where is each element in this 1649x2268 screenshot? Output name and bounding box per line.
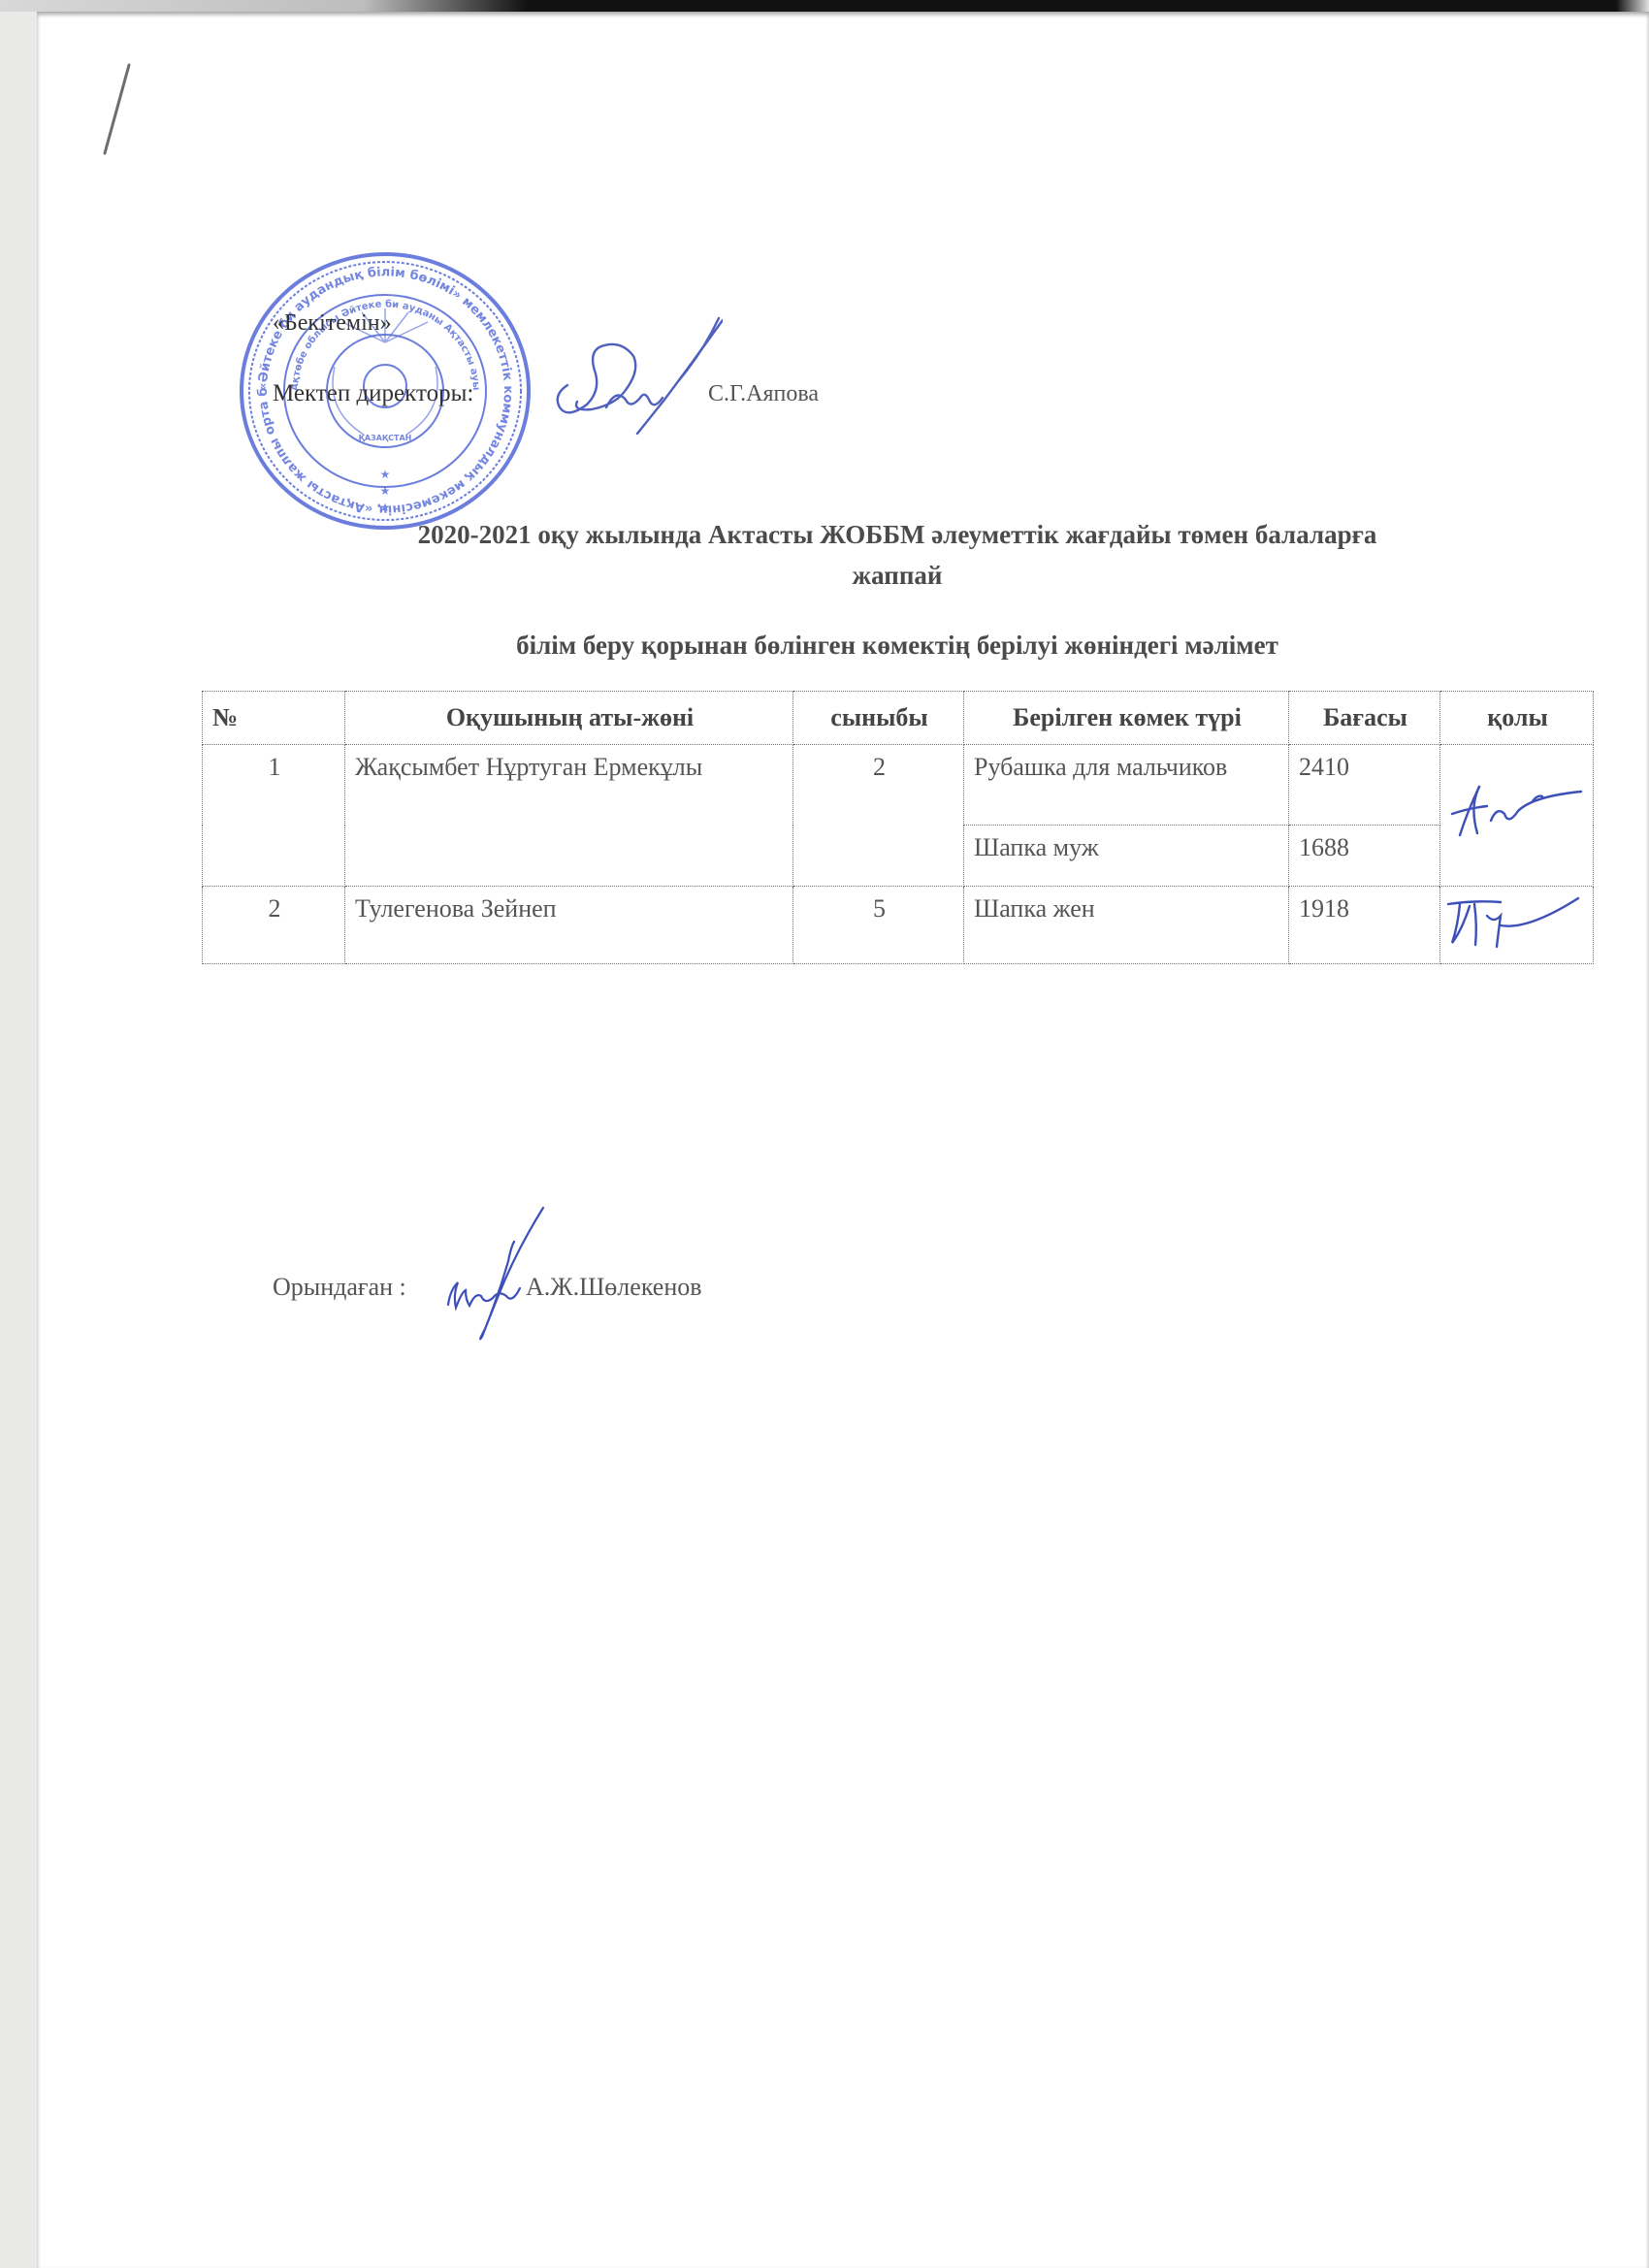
row-student-name: Тулегенова Зейнеп xyxy=(345,887,793,964)
document-title-line2: жаппай xyxy=(194,561,1600,591)
approval-label: «Бекітемін» xyxy=(273,310,392,337)
row-price: 1688 xyxy=(1289,826,1440,887)
row-signature xyxy=(1440,745,1594,887)
row-grade: 5 xyxy=(793,887,964,964)
header-student-name: Оқушының аты-жөні xyxy=(345,692,793,745)
table-row: 1 Жақсымбет Нұртуган Ермекұлы 2 Рубашка … xyxy=(203,745,1594,826)
row-aid-type: Шапка жен xyxy=(964,887,1289,964)
row-price: 2410 xyxy=(1289,745,1440,826)
row-grade: 2 xyxy=(793,745,964,887)
director-position: Мектеп директоры: xyxy=(273,380,473,407)
header-price: Бағасы xyxy=(1289,692,1440,745)
director-name: С.Г.Аяпова xyxy=(708,381,819,407)
row-aid-type: Рубашка для мальчиков xyxy=(964,745,1289,826)
document-title-line1: 2020-2021 оқу жылында Актасты ЖОББМ әлеу… xyxy=(194,520,1600,550)
row-num: 2 xyxy=(203,887,345,964)
scanner-edge xyxy=(0,0,1649,12)
row-aid-type: Шапка муж xyxy=(964,826,1289,887)
aid-distribution-table: № Оқушының аты-жөні сыныбы Берілген көме… xyxy=(202,691,1594,964)
header-aid-type: Берілген көмек түрі xyxy=(964,692,1289,745)
performer-name: А.Ж.Шөлекенов xyxy=(526,1273,702,1302)
student-signature-icon xyxy=(1440,767,1586,855)
document-page xyxy=(37,12,1649,2268)
table-header-row: № Оқушының аты-жөні сыныбы Берілген көме… xyxy=(203,692,1594,745)
row-num: 1 xyxy=(203,745,345,887)
row-price: 1918 xyxy=(1289,887,1440,964)
header-num: № xyxy=(203,692,345,745)
header-signature: қолы xyxy=(1440,692,1594,745)
performer-label: Орындаған : xyxy=(273,1273,406,1302)
row-signature xyxy=(1440,887,1594,964)
header-grade: сыныбы xyxy=(793,692,964,745)
student-signature-icon xyxy=(1440,887,1586,955)
document-title-line3: білім беру қорынан бөлінген көмектің бер… xyxy=(194,631,1600,661)
row-student-name: Жақсымбет Нұртуган Ермекұлы xyxy=(345,745,793,887)
table-row: 2 Тулегенова Зейнеп 5 Шапка жен 1918 xyxy=(203,887,1594,964)
